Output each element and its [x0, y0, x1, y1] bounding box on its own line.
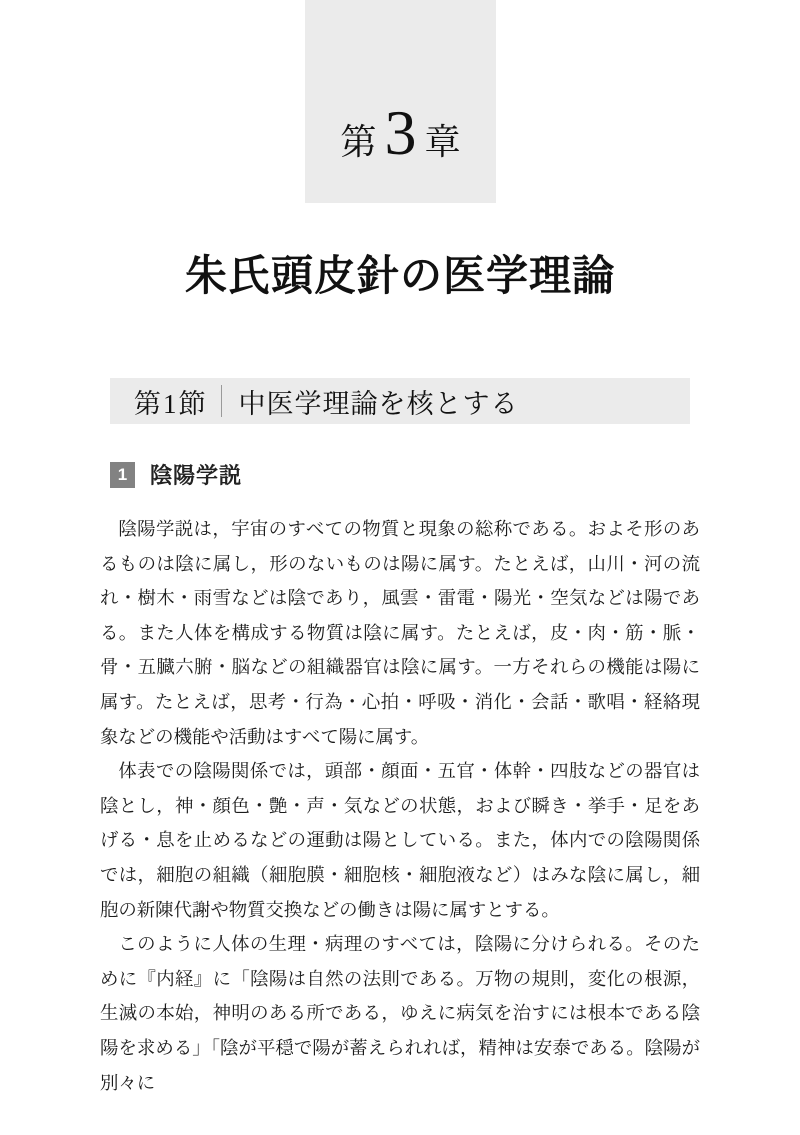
body-paragraph: このように人体の生理・病理のすべては，陰陽に分けられる。そのために『内経』に「陰…	[100, 927, 700, 1100]
book-page: 第3章 朱氏頭皮針の医学理論 第1節 中医学理論を核とする 1 陰陽学説 陰陽学…	[0, 0, 800, 1135]
subsection-heading: 1 陰陽学説	[110, 459, 242, 490]
body-paragraph: 体表での陰陽関係では，頭部・顔面・五官・体幹・四肢などの器官は陰とし，神・顔色・…	[100, 754, 700, 927]
chapter-heading: 第3章	[340, 96, 460, 170]
chapter-number: 3	[377, 97, 425, 168]
section-divider	[221, 385, 222, 417]
body-paragraph: 陰陽学説は，宇宙のすべての物質と現象の総称である。およそ形のあるものは陰に属し，…	[100, 512, 700, 754]
chapter-title: 朱氏頭皮針の医学理論	[0, 243, 800, 303]
chapter-prefix: 第	[340, 122, 376, 162]
subsection-number-badge: 1	[110, 462, 135, 488]
chapter-suffix: 章	[425, 122, 461, 162]
chapter-heading-box: 第3章	[305, 0, 496, 203]
section-title: 中医学理論を核とする	[239, 382, 519, 421]
section-label: 第1節	[134, 382, 208, 421]
section-heading: 第1節 中医学理論を核とする	[110, 378, 690, 424]
body-text: 陰陽学説は，宇宙のすべての物質と現象の総称である。およそ形のあるものは陰に属し，…	[100, 512, 700, 1100]
subsection-title: 陰陽学説	[150, 459, 242, 490]
